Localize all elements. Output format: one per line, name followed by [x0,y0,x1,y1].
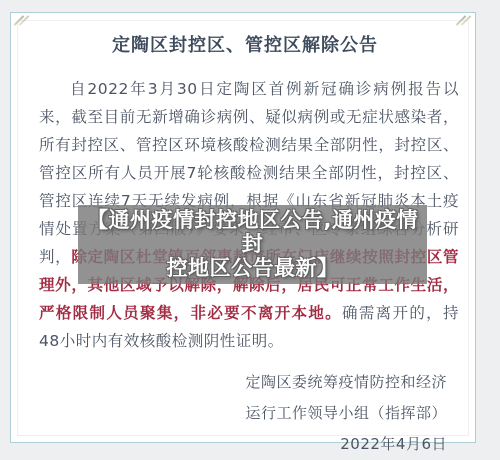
document-title: 定陶区封控区、管控区解除公告 [29,31,461,57]
watermark-title-overlay: 【通州疫情封控地区公告,通州疫情封 控地区公告最新】 [78,205,427,284]
announcement-page: 定陶区封控区、管控区解除公告 自2022年3月30日定陶区首例新冠确诊病例报告以… [0,0,500,460]
watermark-title-line-1: 【通州疫情封控地区公告,通州疫情封 [78,208,427,256]
signature-line-1: 定陶区委统筹疫情防控和经济 [29,367,447,398]
signature-line-2: 运行工作领导小组（指挥部） [29,398,447,429]
signature-block: 定陶区委统筹疫情防控和经济 运行工作领导小组（指挥部） 2022年4月6日 [29,367,447,460]
signature-date: 2022年4月6日 [29,429,447,460]
corner-ornament-icon [14,14,30,28]
corner-ornament-icon [456,14,472,28]
watermark-title-line-2: 控地区公告最新】 [78,256,427,280]
